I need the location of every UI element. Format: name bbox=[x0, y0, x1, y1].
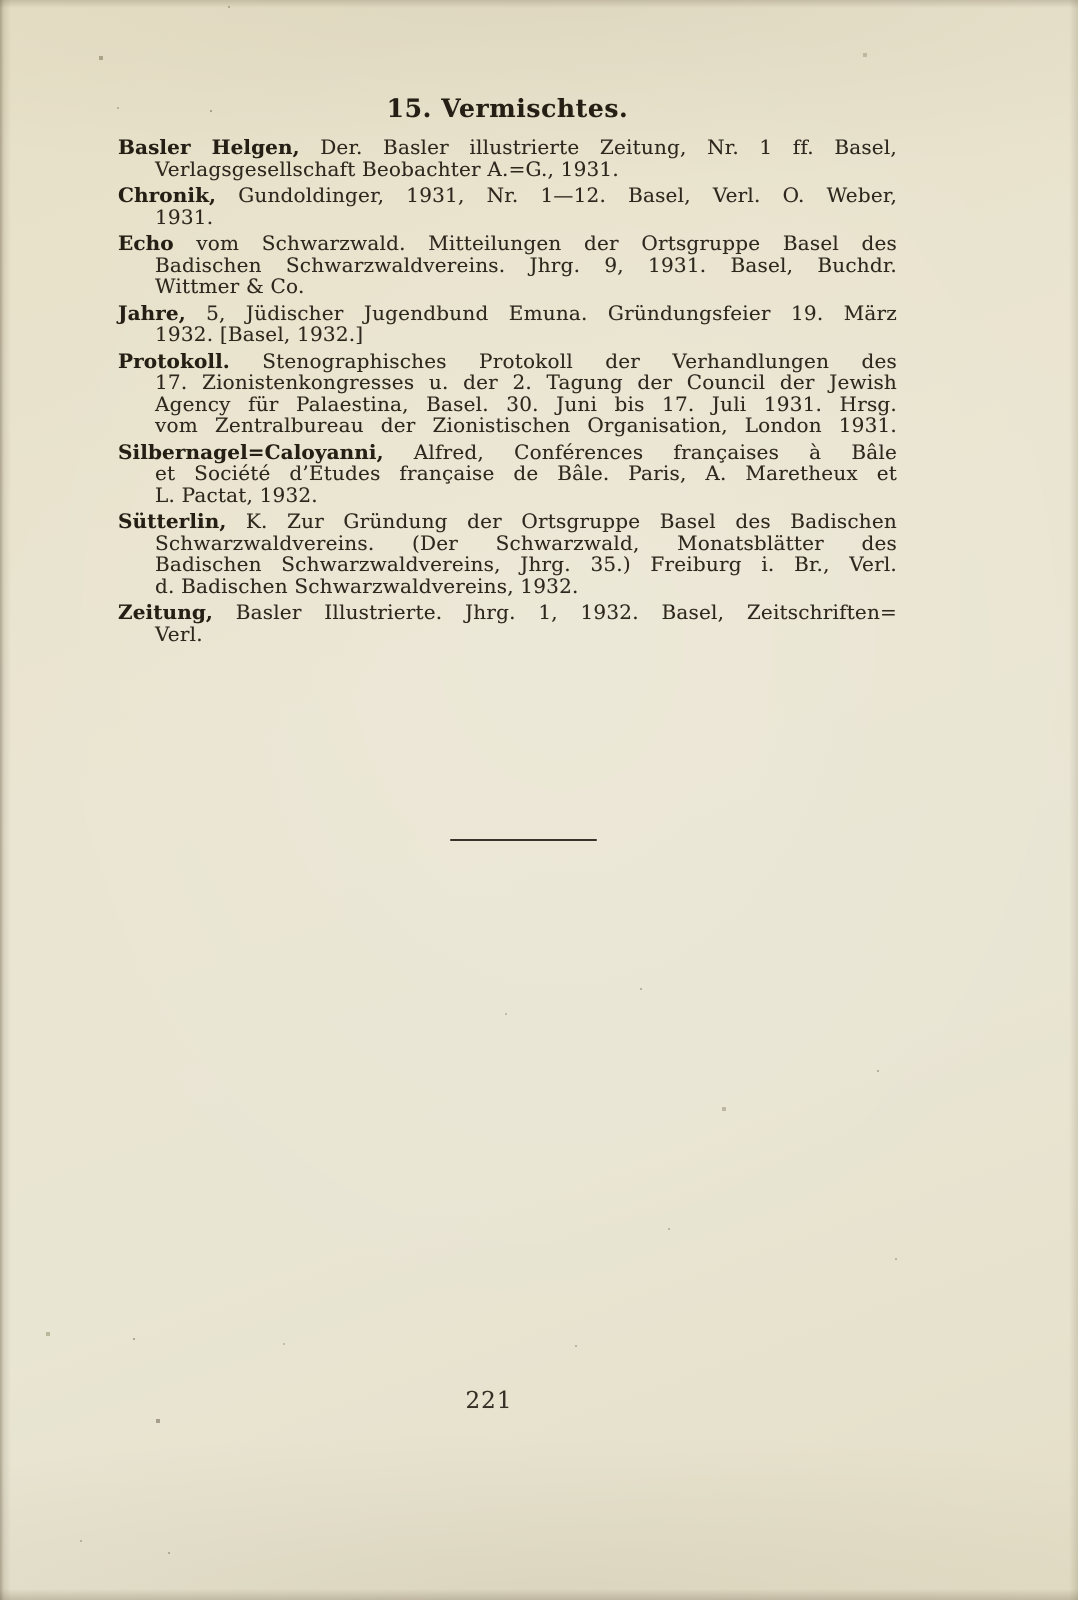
entry-text: Alfred, Conférences françaises à Bâle bbox=[414, 440, 897, 464]
entry-line: L. Pactat, 1932. bbox=[118, 485, 897, 507]
entry-line: Sütterlin, K. Zur Gründung der Ortsgrupp… bbox=[118, 511, 897, 533]
entry-text: Basler Illustrierte. Jhrg. 1, 1932. Base… bbox=[236, 600, 897, 624]
entry-text: Gundoldinger, 1931, Nr. 1—12. Basel, Ver… bbox=[238, 183, 897, 207]
entry-text: Der. Basler illustrierte Zeitung, Nr. 1 … bbox=[320, 135, 897, 159]
entry-lead: Sütterlin, bbox=[118, 509, 226, 533]
entry-line: Badischen Schwarzwaldvereins, Jhrg. 35.)… bbox=[118, 554, 897, 576]
entry-lead: Basler Helgen, bbox=[118, 135, 300, 159]
entry-line: 1932. [Basel, 1932.] bbox=[118, 324, 897, 346]
entry-line: vom Zentralbureau der Zionistischen Orga… bbox=[118, 415, 897, 437]
entry-line: 17. Zionistenkongresses u. der 2. Tagung… bbox=[118, 372, 897, 394]
page-number: 221 bbox=[438, 1388, 540, 1414]
entry-text: vom Schwarzwald. Mitteilungen der Ortsgr… bbox=[196, 231, 897, 255]
entry-text: K. Zur Gründung der Ortsgruppe Basel des… bbox=[246, 509, 897, 533]
scanned-book-page: 15. Vermischtes. Basler Helgen, Der. Bas… bbox=[0, 0, 1078, 1600]
paper-specks bbox=[0, 0, 2, 2]
bibliography-entry: Chronik, Gundoldinger, 1931, Nr. 1—12. B… bbox=[118, 185, 897, 228]
bibliography-entry: Protokoll. Stenographisches Protokoll de… bbox=[118, 351, 897, 437]
entry-line: Schwarzwaldvereins. (Der Schwarzwald, Mo… bbox=[118, 533, 897, 555]
entry-lead: Silbernagel=Caloyanni, bbox=[118, 440, 384, 464]
entry-line: Protokoll. Stenographisches Protokoll de… bbox=[118, 351, 897, 373]
bibliography-entry: Silbernagel=Caloyanni, Alfred, Conférenc… bbox=[118, 442, 897, 507]
entry-text: Stenographisches Protokoll der Verhandlu… bbox=[262, 349, 897, 373]
bibliography-entry: Zeitung, Basler Illustrierte. Jhrg. 1, 1… bbox=[118, 602, 897, 645]
entry-line: Silbernagel=Caloyanni, Alfred, Conférenc… bbox=[118, 442, 897, 464]
entry-line: Basler Helgen, Der. Basler illustrierte … bbox=[118, 137, 897, 159]
entry-line: Agency für Palaestina, Basel. 30. Juni b… bbox=[118, 394, 897, 416]
bibliography-entry: Jahre, 5, Jüdischer Jugendbund Emuna. Gr… bbox=[118, 303, 897, 346]
bibliography-entry: Sütterlin, K. Zur Gründung der Ortsgrupp… bbox=[118, 511, 897, 597]
entry-lead: Jahre, bbox=[118, 301, 186, 325]
bibliography-list: Basler Helgen, Der. Basler illustrierte … bbox=[118, 137, 897, 645]
entry-lead: Chronik, bbox=[118, 183, 216, 207]
entry-line: Chronik, Gundoldinger, 1931, Nr. 1—12. B… bbox=[118, 185, 897, 207]
entry-line: 1931. bbox=[118, 207, 897, 229]
entry-line: Wittmer & Co. bbox=[118, 276, 897, 298]
entry-line: Badischen Schwarzwaldvereins. Jhrg. 9, 1… bbox=[118, 255, 897, 277]
entry-line: Verl. bbox=[118, 624, 897, 646]
entry-lead: Protokoll. bbox=[118, 349, 230, 373]
entry-line: Verlagsgesellschaft Beobachter A.=G., 19… bbox=[118, 159, 897, 181]
entry-text: 5, Jüdischer Jugendbund Emuna. Gründungs… bbox=[206, 301, 897, 325]
text-block: 15. Vermischtes. Basler Helgen, Der. Bas… bbox=[118, 94, 897, 650]
entry-line: Zeitung, Basler Illustrierte. Jhrg. 1, 1… bbox=[118, 602, 897, 624]
bibliography-entry: Echo vom Schwarzwald. Mitteilungen der O… bbox=[118, 233, 897, 298]
entry-lead: Zeitung, bbox=[118, 600, 213, 624]
entry-line: Jahre, 5, Jüdischer Jugendbund Emuna. Gr… bbox=[118, 303, 897, 325]
entry-lead: Echo bbox=[118, 231, 174, 255]
section-heading: 15. Vermischtes. bbox=[118, 94, 897, 123]
bibliography-entry: Basler Helgen, Der. Basler illustrierte … bbox=[118, 137, 897, 180]
entry-line: d. Badischen Schwarzwaldvereins, 1932. bbox=[118, 576, 897, 598]
entry-line: Echo vom Schwarzwald. Mitteilungen der O… bbox=[118, 233, 897, 255]
section-divider bbox=[450, 839, 597, 841]
entry-line: et Société d’Etudes française de Bâle. P… bbox=[118, 463, 897, 485]
